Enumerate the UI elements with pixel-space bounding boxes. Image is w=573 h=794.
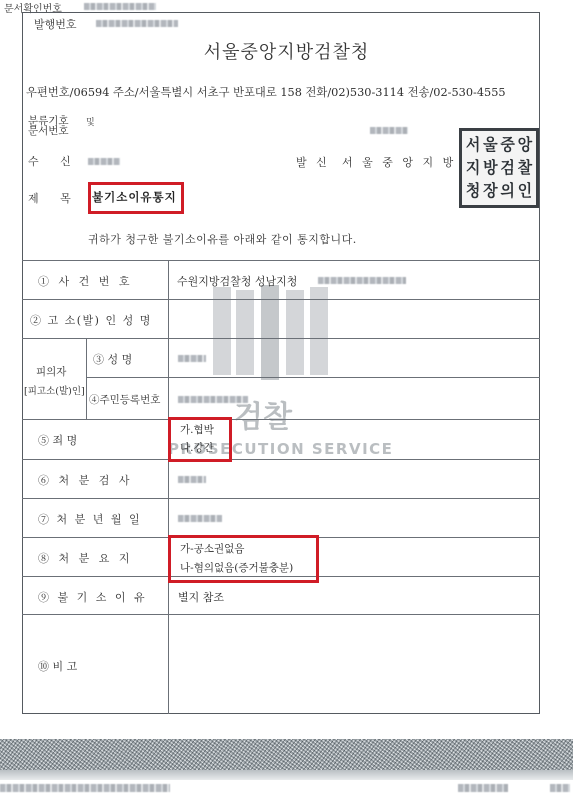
official-seal: 서울중앙지방검찰청장의인 xyxy=(459,128,539,208)
issue-number-redacted xyxy=(96,20,178,27)
issue-number-label: 발행번호 xyxy=(34,16,77,32)
date-redacted xyxy=(370,127,408,134)
row-value-case-number: 수원지방검찰청 성남지청 xyxy=(177,273,297,289)
classification-and: 및 xyxy=(86,115,95,128)
watermark-bar xyxy=(213,287,231,375)
row-value-non-prosecution-reason: 별지 참조 xyxy=(178,589,224,605)
seal-glyph: 인 xyxy=(517,179,533,202)
doc-check-number-redacted xyxy=(84,3,156,10)
watermark-bar xyxy=(236,290,254,375)
recipient-label: 수 신 xyxy=(28,153,80,169)
row-label-complainant-name: ② 고 소(발) 인 성 명 xyxy=(30,312,152,328)
prosecutor-redacted xyxy=(178,476,206,483)
seal-glyph: 지 xyxy=(465,156,481,179)
suspect-group-sublabel: [피고소(발)인] xyxy=(24,383,85,397)
watermark-bar xyxy=(310,287,328,375)
row-label-case-number: ① 사 건 번 호 xyxy=(38,273,133,289)
row-label-disposition-summary: ⑧ 처 분 요 지 xyxy=(38,550,133,566)
sender-label: 발 신 xyxy=(296,154,330,170)
seal-glyph: 청 xyxy=(465,179,481,202)
table-row-divider xyxy=(22,419,540,420)
footer-redacted-right xyxy=(458,784,508,792)
table-subcolumn-divider xyxy=(86,338,87,419)
disposition-date-redacted xyxy=(178,515,222,522)
seal-glyph: 서 xyxy=(465,133,481,156)
table-row-divider xyxy=(22,459,540,460)
case-number-redacted xyxy=(318,277,406,284)
table-row-divider xyxy=(86,377,540,378)
charge-highlight-box xyxy=(168,417,232,462)
resident-number-redacted xyxy=(178,396,248,403)
row-label-remarks: ⑩ 비 고 xyxy=(38,658,77,674)
table-top-border xyxy=(22,260,540,261)
row-label-prosecutor: ⑥ 처 분 검 사 xyxy=(38,472,133,488)
subject-label: 제 목 xyxy=(28,190,80,206)
seal-glyph: 검 xyxy=(500,156,516,179)
address-line: 우편번호/06594 주소/서울특별시 서초구 반포대로 158 전화/02)5… xyxy=(26,84,506,100)
subject-highlight-box xyxy=(88,182,184,214)
seal-glyph: 앙 xyxy=(517,133,533,156)
classification-label: 분류기호 문서번호 xyxy=(28,116,69,136)
watermark-bar xyxy=(286,290,304,375)
table-column-divider xyxy=(168,260,169,714)
table-row-divider xyxy=(22,338,540,339)
row-label-charge: ⑤ 죄 명 xyxy=(38,432,77,448)
table-row-divider xyxy=(22,299,540,300)
seal-glyph: 방 xyxy=(482,156,498,179)
row-label-suspect-name: ③ 성 명 xyxy=(93,351,132,367)
classification-label-line2: 문서번호 xyxy=(28,126,69,136)
footer-redacted-left xyxy=(0,784,170,792)
seal-glyph: 울 xyxy=(482,133,498,156)
disposition-highlight-box xyxy=(168,535,319,583)
suspect-group-label: 피의자 xyxy=(36,364,66,379)
suspect-name-redacted xyxy=(178,355,206,362)
table-row-divider xyxy=(22,498,540,499)
seal-glyph: 장 xyxy=(482,179,498,202)
agency-title: 서울중앙지방검찰청 xyxy=(0,38,573,64)
table-row-divider xyxy=(22,614,540,615)
row-label-disposition-date: ⑦ 처 분 년 월 일 xyxy=(38,511,142,527)
recipient-redacted xyxy=(88,158,120,165)
seal-glyph: 찰 xyxy=(517,156,533,179)
row-label-resident-number: ④주민등록번호 xyxy=(89,392,160,407)
seal-glyph: 중 xyxy=(500,133,516,156)
row-label-non-prosecution-reason: ⑨ 불 기 소 이 유 xyxy=(38,589,147,605)
intro-sentence: 귀하가 청구한 불기소이유를 아래와 같이 통지합니다. xyxy=(88,231,357,247)
scan-noise-fade xyxy=(0,770,573,780)
seal-glyph: 의 xyxy=(500,179,516,202)
footer-redacted-page xyxy=(550,784,570,792)
